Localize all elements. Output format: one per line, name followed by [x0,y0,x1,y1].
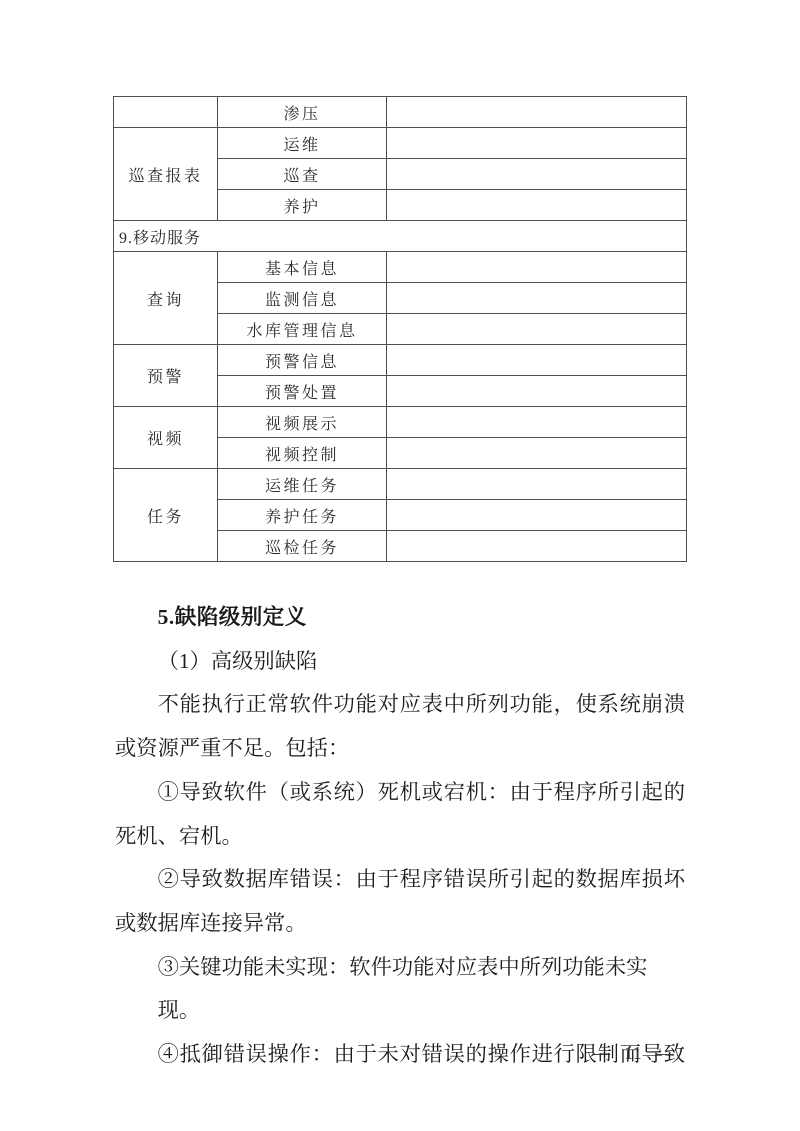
text-line: 死机、宕机。 [115,815,685,859]
text-line: ②导致数据库错误：由于程序错误所引起的数据库损坏 [115,858,685,902]
table-value-cell [387,252,687,283]
table-row: 任务运维任务 [114,469,687,500]
table-value-cell [387,314,687,345]
table-item-cell: 巡检任务 [218,531,387,562]
text-line: ①导致软件（或系统）死机或宕机：由于程序所引起的 [115,771,685,815]
table-item-cell: 渗压 [218,97,387,128]
text-line: 不能执行正常软件功能对应表中所列功能，使系统崩溃 [115,683,685,727]
body-text: 5.缺陷级别定义（1）高级别缺陷不能执行正常软件功能对应表中所列功能，使系统崩溃… [115,596,685,1077]
feature-table: 渗压巡查报表运维巡查养护9.移动服务查询基本信息监测信息水库管理信息预警预警信息… [113,96,687,562]
feature-table-body: 渗压巡查报表运维巡查养护9.移动服务查询基本信息监测信息水库管理信息预警预警信息… [114,97,687,562]
table-row: 预警预警信息 [114,345,687,376]
text-line: ③关键功能未实现：软件功能对应表中所列功能未实现。 [115,946,685,1033]
text-line: （1）高级别缺陷 [115,640,685,684]
table-item-cell: 视频控制 [218,438,387,469]
table-item-cell: 基本信息 [218,252,387,283]
table-value-cell [387,500,687,531]
table-row: 查询基本信息 [114,252,687,283]
table-value-cell [387,128,687,159]
table-group-cell: 预警 [114,345,218,407]
table-item-cell: 预警处置 [218,376,387,407]
text-line: 或资源严重不足。包括： [115,727,685,771]
section-heading: 5.缺陷级别定义 [115,596,685,640]
table-value-cell [387,159,687,190]
table-item-cell: 运维 [218,128,387,159]
table-section-row: 9.移动服务 [114,221,687,252]
table-value-cell [387,469,687,500]
table-value-cell [387,376,687,407]
table-value-cell [387,97,687,128]
table-row: 渗压 [114,97,687,128]
table-group-cell: 查询 [114,252,218,345]
table-value-cell [387,283,687,314]
table-group-cell: 巡查报表 [114,128,218,221]
table-item-cell: 巡查 [218,159,387,190]
document-page: 渗压巡查报表运维巡查养护9.移动服务查询基本信息监测信息水库管理信息预警预警信息… [0,0,800,1131]
table-row: 巡查报表运维 [114,128,687,159]
table-value-cell [387,438,687,469]
table-value-cell [387,407,687,438]
table-group-cell: 视频 [114,407,218,469]
table-item-cell: 预警信息 [218,345,387,376]
table-group-cell: 任务 [114,469,218,562]
table-group-cell [114,97,218,128]
text-line: 或数据库连接异常。 [115,902,685,946]
table-value-cell [387,345,687,376]
table-row: 视频视频展示 [114,407,687,438]
table-item-cell: 监测信息 [218,283,387,314]
table-item-cell: 水库管理信息 [218,314,387,345]
table-value-cell [387,190,687,221]
table-item-cell: 视频展示 [218,407,387,438]
table-item-cell: 养护 [218,190,387,221]
table-item-cell: 运维任务 [218,469,387,500]
table-value-cell [387,531,687,562]
table-section-cell: 9.移动服务 [114,221,687,252]
page-number: — 11 — [592,1043,674,1064]
table-item-cell: 养护任务 [218,500,387,531]
